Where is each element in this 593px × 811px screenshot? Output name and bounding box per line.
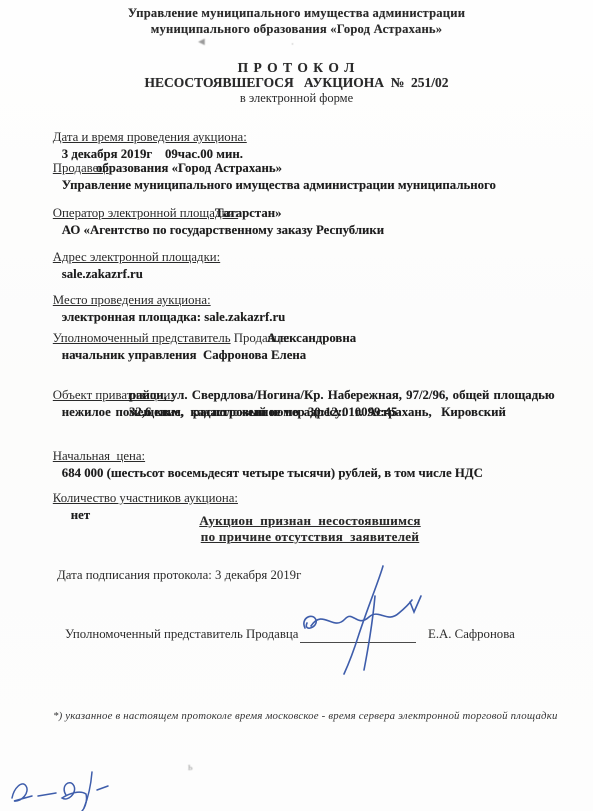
field-operator-value-line2: Татарстан»: [215, 205, 282, 222]
result-statement-line2: по причине отсутствия заявителей: [160, 528, 460, 545]
scan-artifact-dot: ·: [291, 39, 294, 49]
field-object-value-line2: район, ул. Свердлова/Ногина/Кр. Набережн…: [129, 387, 555, 404]
scanned-protocol-page: Управление муниципального имущества адми…: [0, 0, 593, 811]
result-statement-line1: Аукцион признан несостоявшимся: [160, 512, 460, 529]
field-operator-label: Оператор электронной площадки:: [53, 206, 238, 220]
bottom-page-signature-ink: [4, 768, 124, 811]
scan-artifact-smudge: ь: [188, 762, 193, 773]
field-representative-label: Уполномоченный представитель: [53, 331, 231, 345]
field-representative-value-line2: Александровна: [267, 330, 356, 347]
org-header-line1: Управление муниципального имущества адми…: [0, 5, 593, 22]
org-header-line2: муниципального образования «Город Астрах…: [0, 21, 593, 38]
field-participants-value: нет: [71, 508, 90, 522]
field-auction-datetime-label: Дата и время проведения аукциона:: [53, 130, 247, 144]
field-seller-value-line2: образования «Город Астрахань»: [96, 160, 282, 177]
protocol-subtitle: НЕСОСТОЯВШЕГОСЯ АУКЦИОНА № 251/02: [0, 74, 593, 91]
field-platform-address-label: Адрес электронной площадки:: [53, 250, 220, 264]
protocol-form-note: в электронной форме: [0, 90, 593, 107]
representative-signature-ink: [293, 562, 453, 682]
field-venue-label: Место проведения аукциона:: [53, 293, 211, 307]
signing-rep-label: Уполномоченный представитель Продавца: [65, 626, 298, 643]
field-start-price-label: Начальная цена:: [53, 449, 145, 463]
scan-artifact-mark: ◄: [196, 36, 207, 48]
footnote: *) указанное в настоящем протоколе время…: [53, 708, 558, 725]
field-participants-label: Количество участников аукциона:: [53, 491, 238, 505]
field-object-value-line3: 32,6 кв.м, кадастровый номер 30:12:01009…: [129, 404, 397, 421]
signing-date: Дата подписания протокола: 3 декабря 201…: [57, 567, 301, 584]
field-representative-value-line1: начальник управления Сафронова Елена: [62, 348, 306, 362]
